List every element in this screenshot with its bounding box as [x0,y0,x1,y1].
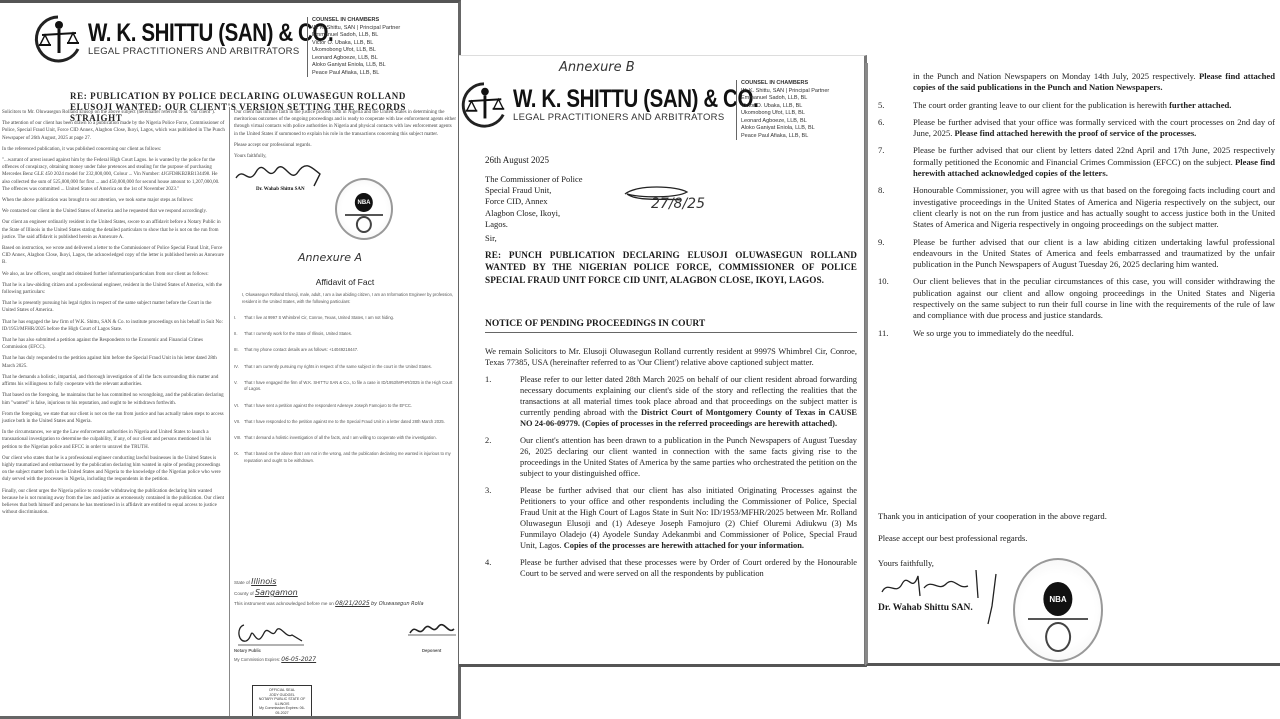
numbered-paragraph: 7.Please be further advised that our cli… [878,145,1275,179]
statement-paragraph: Finally, our client urges the Nigeria po… [2,488,226,517]
stamp-line: My Commission Expires: 06-05-2027 [257,706,307,715]
continuation-text: in the Punch and Nation Newspapers on Mo… [913,71,1199,81]
statement-paragraph: Our client who states that he is a profe… [2,455,226,484]
affidavit-item: III.That my phone contact details are as… [234,347,456,353]
numbered-paragraph: 2.Our client's attention has been drawn … [485,435,857,479]
affidavit-intro: I, Oluwasegun Rolland Elusoji, male, adu… [234,292,456,305]
salutation: Sir, [485,233,497,243]
notary-block: State of Illinois County of Sangamon Thi… [234,577,456,609]
affidavit-item-number: I. [234,315,236,321]
statement-paragraph: In the circumstances, we urge the Law en… [2,429,226,451]
statement-paragraph: We also, as law officers, sought and obt… [2,271,226,278]
affidavit-item-number: II. [234,331,238,337]
stamp-line: CC # 965766 [257,716,307,719]
nba-seal-center: NBA [1043,582,1072,616]
affidavit-item-text: That I have engaged the firm of W.K. SHI… [244,380,452,391]
affidavit-item: VIII.That I demand a holistic investigat… [234,435,456,441]
numbered-paragraph: 5.The court order granting leave to our … [878,100,1275,111]
acknowledged-date: 08/21/2025 [335,600,370,607]
stamp-line: NOTARY PUBLIC STATE OF ILLINOIS [257,697,307,706]
state-value: Illinois [251,577,276,586]
counsel-item: Ukomobong Ufot, LLB, BL [312,47,400,55]
counsel-item: Victor O. Ubaka, LLB, BL [312,40,400,48]
numbered-paragraph: 10.Our client believes that in the pecul… [878,276,1275,321]
affidavit-item-number: VIII. [234,435,241,441]
notice-heading: NOTICE OF PENDING PROCEEDINGS IN COURT [485,319,857,333]
paragraph-bold-text: Copies of the processes are herewith att… [564,541,804,550]
commission-value: 06-05-2027 [281,656,316,663]
commission-expiry: My Commission Expires: 06-05-2027 [234,657,316,663]
nba-seal-stamp: NBA [1013,558,1103,662]
counsel-item: Peace Paul Afiaka, LLB, BL [741,133,829,141]
paragraph-bold-text: Please find attached herewith the proof … [955,128,1197,138]
statement-paragraph: From the foregoing, we state that our cl… [2,411,226,425]
signature [234,164,456,186]
affidavit-item-number: IV. [234,364,239,370]
affidavit-item-text: That I demand a holistic investigation o… [244,435,437,440]
counsel-list: COUNSEL IN CHAMBERS W. K. Shittu, SAN | … [307,17,400,77]
statement-paragraph: That he is presently pursuing his legal … [2,300,226,314]
received-date: 27/8/25 [651,196,705,212]
address-line: Alagbon Close, Ikoyi, [485,208,583,219]
closing-paragraph: Our client has infinite faith in the jus… [234,109,456,138]
paragraph-text: Please be further advised that our clien… [913,145,1275,166]
seal-emblem-icon [356,216,372,233]
paragraph-text: Honourable Commissioner, you will agree … [913,185,1275,229]
acknowledged-by: by Oluwasegun Rolla [371,601,424,607]
paragraph-number: 1. [485,374,491,385]
letter-body-continued: in the Punch and Nation Newspapers on Mo… [878,71,1275,345]
address-line: The Commissioner of Police [485,174,583,185]
counsel-item: Peace Paul Afiaka, LLB, BL [312,70,400,78]
letter-subject: RE: PUNCH PUBLICATION DECLARING ELUSOJI … [485,249,857,286]
counsel-item: Ukomobong Ufot, LLB, BL [741,110,829,118]
signature-scrawl-icon [878,566,1008,626]
affidavit-item: VI.That I have sent a petition against t… [234,403,456,409]
paragraph-text: Please be further advised that our clien… [913,237,1275,270]
county-label: County of [234,591,254,596]
counsel-item: Emmanuel Sadoh, LLB, BL [312,32,400,40]
paragraph-number: 8. [878,185,884,196]
statement-paragraph: That based on the foregoing, he maintain… [2,392,226,406]
statement-paragraph: In the referenced publication, it was pu… [2,146,226,153]
regards-line: Please accept our professional regards. [234,142,456,149]
deponent-label: Deponent [422,648,441,654]
numbered-paragraph: 1.Please refer to our letter dated 28th … [485,374,857,429]
statement-paragraph: The attention of our client has been dra… [2,120,226,142]
affidavit-item: IX.That I based on the above that I am n… [234,451,456,464]
seal-emblem-icon [1045,622,1071,652]
numbered-paragraph: 11.We so urge you to immediately do the … [878,328,1275,339]
numbered-paragraph: 3.Please be further advised that our cli… [485,485,857,551]
paragraph-number: 3. [485,485,491,496]
document-page-letter-continued: in the Punch and Nation Newspapers on Mo… [865,63,1280,666]
affidavit-item: IV.That I am currently pursuing my right… [234,364,456,370]
affidavit-item-text: That I based on the above that I am not … [244,451,451,462]
official-notary-seal: OFFICIAL SEALJODY GUDGELNOTARY PUBLIC ST… [252,685,312,719]
paragraph-bold-text: further attached. [1169,100,1231,110]
document-page-letter-annexure-b: Annexure B W. K. SHITTU (SAN) & CO. LEGA… [459,55,867,667]
counsel-list: COUNSEL IN CHAMBERS W. K. Shittu, SAN | … [736,80,829,140]
counsel-item: Aloko Ganiyat Eniola, LLB, BL [741,125,829,133]
affidavit-items: I.That I live at 9997 S Whimbrel Cir, Co… [234,315,456,464]
acknowledged-label: This instrument was acknowledged before … [234,601,334,606]
counsel-item: Emmanuel Sadoh, LLB, BL [741,95,829,103]
firm-name: W. K. SHITTU (SAN) & CO. [88,21,333,46]
paragraph-number: 11. [878,328,888,339]
affidavit-item-number: VI. [234,403,239,409]
affidavit-item: II.That I currently work for the State o… [234,331,456,337]
statement-paragraph: Based on instruction, we wrote and deliv… [2,245,226,267]
counsel-item: W. K. Shittu, SAN | Principal Partner [312,25,400,33]
statement-paragraph: Our client an engineer ordinarily reside… [2,219,226,241]
notary-signature-icon [236,621,306,647]
nba-seal-stamp: NBA [335,178,393,240]
column-divider [229,107,230,719]
deponent-signature-icon [408,623,456,639]
affidavit-item-text: That I have sent a petition against the … [244,403,412,408]
affidavit-item: I.That I live at 9997 S Whimbrel Cir, Co… [234,315,456,321]
affidavit-item-text: That I am currently pursuing my rights i… [244,364,432,369]
affidavit-item-number: III. [234,347,239,353]
commission-label: My Commission Expires: [234,657,280,662]
affidavit-item-text: That I currently work for the State of I… [244,331,352,336]
counsel-item: Leonard Agboeze, LLB, BL [312,55,400,63]
nba-seal-center: NBA [355,193,373,213]
counsel-item: Aloko Ganiyat Eniola, LLB, BL [312,62,400,70]
paragraph-text: Please be further advised that these pro… [520,558,857,578]
numbered-paragraph: 8.Honourable Commissioner, you will agre… [878,185,1275,230]
counsel-item: Victor O. Ubaka, LLB, BL [741,103,829,111]
paragraph-number: 9. [878,237,884,248]
paragraph-text: Our client believes that in the peculiar… [913,276,1275,320]
letter-body: We remain Solicitors to Mr. Elusoji Oluw… [485,346,857,585]
counsel-item: W. K. Shittu, SAN | Principal Partner [741,88,829,96]
affidavit-item-text: That my phone contact details are as fol… [244,347,358,352]
counsel-heading: COUNSEL IN CHAMBERS [312,17,400,25]
affidavit-item-number: IX. [234,451,239,457]
signature-scrawl-icon [234,164,324,188]
statement-paragraph: We contacted our client in the United St… [2,208,226,215]
counsel-item: Leonard Agboeze, LLB, BL [741,118,829,126]
signatory-name: Dr. Wahab Shittu SAN. [878,603,973,613]
address-line: Force CID, Annex [485,196,583,207]
statement-paragraph: "...warrant of arrest issued against him… [2,157,226,193]
paragraph-number: 10. [878,276,889,287]
paragraph-number: 6. [878,117,884,128]
statement-paragraph: That he has also submitted a petition ag… [2,337,226,351]
scales-of-justice-logo-icon [459,80,509,130]
thanks-line: Thank you in anticipation of your cooper… [878,511,1107,521]
affidavit-item-number: V. [234,380,238,386]
numbered-paragraph: 6.Please be further advised that your of… [878,117,1275,140]
affidavit: Affidavit of Fact I, Oluwasegun Rolland … [234,269,456,474]
affidavit-item-number: VII. [234,419,240,425]
affidavit-item: VII.That I have responded to the petitio… [234,419,456,425]
document-page-public-statement: W. K. SHITTU (SAN) & CO. LEGAL PRACTITIO… [0,0,461,719]
state-label: State of [234,580,250,585]
regards-line: Please accept our best professional rega… [878,533,1027,543]
continuation-paragraph: in the Punch and Nation Newspapers on Mo… [878,71,1275,94]
address-line: Lagos. [485,219,583,230]
affidavit-item: V.That I have engaged the firm of W.K. S… [234,380,456,393]
affidavit-item-text: That I live at 9997 S Whimbrel Cir, Conr… [244,315,394,320]
statement-paragraph: That he has engaged the law firm of W.K.… [2,319,226,333]
paragraph-text: We so urge you to immediately do the nee… [913,328,1074,338]
counsel-heading: COUNSEL IN CHAMBERS [741,80,829,88]
statement-paragraph: Solicitors to Mr. Oluwasegun Rolland Elu… [2,109,226,116]
statement-paragraph: When the above publication was brought t… [2,197,226,204]
statement-paragraph: That he demands a holistic, impartial, a… [2,374,226,388]
paragraph-number: 2. [485,435,491,446]
letter-date: 26th August 2025 [485,155,549,165]
firm-name: W. K. SHITTU (SAN) & CO. [513,87,758,112]
annexure-b-label: Annexure B [559,60,635,75]
notary-public-label: Notary Public [234,648,261,654]
annexure-a-label: Annexure A [298,251,362,264]
numbered-paragraph: 9.Please be further advised that our cli… [878,237,1275,271]
address-line: Special Fraud Unit, [485,185,583,196]
intro-paragraph: We remain Solicitors to Mr. Elusoji Oluw… [485,346,857,368]
statement-left-column: Solicitors to Mr. Oluwasegun Rolland Elu… [2,109,226,520]
yours-faithfully: Yours faithfully, [234,153,456,160]
affidavit-item-text: That I have responded to the petition ag… [244,419,445,424]
seal-band [1028,618,1088,620]
county-value: Sangamon [255,588,298,597]
recipient-address: The Commissioner of Police Special Fraud… [485,174,583,230]
paragraph-number: 4. [485,557,491,568]
numbered-paragraph: 4.Please be further advised that these p… [485,557,857,579]
statement-paragraph: That he is a law-abiding citizen and a p… [2,282,226,296]
paragraph-text: Our client's attention has been drawn to… [520,436,857,478]
scales-of-justice-logo-icon [32,13,84,65]
affidavit-title: Affidavit of Fact [234,279,456,286]
statement-paragraph: That he has duly responded to the petiti… [2,355,226,369]
paragraph-number: 7. [878,145,884,156]
paragraph-number: 5. [878,100,884,111]
paragraph-text: The court order granting leave to our cl… [913,100,1169,110]
